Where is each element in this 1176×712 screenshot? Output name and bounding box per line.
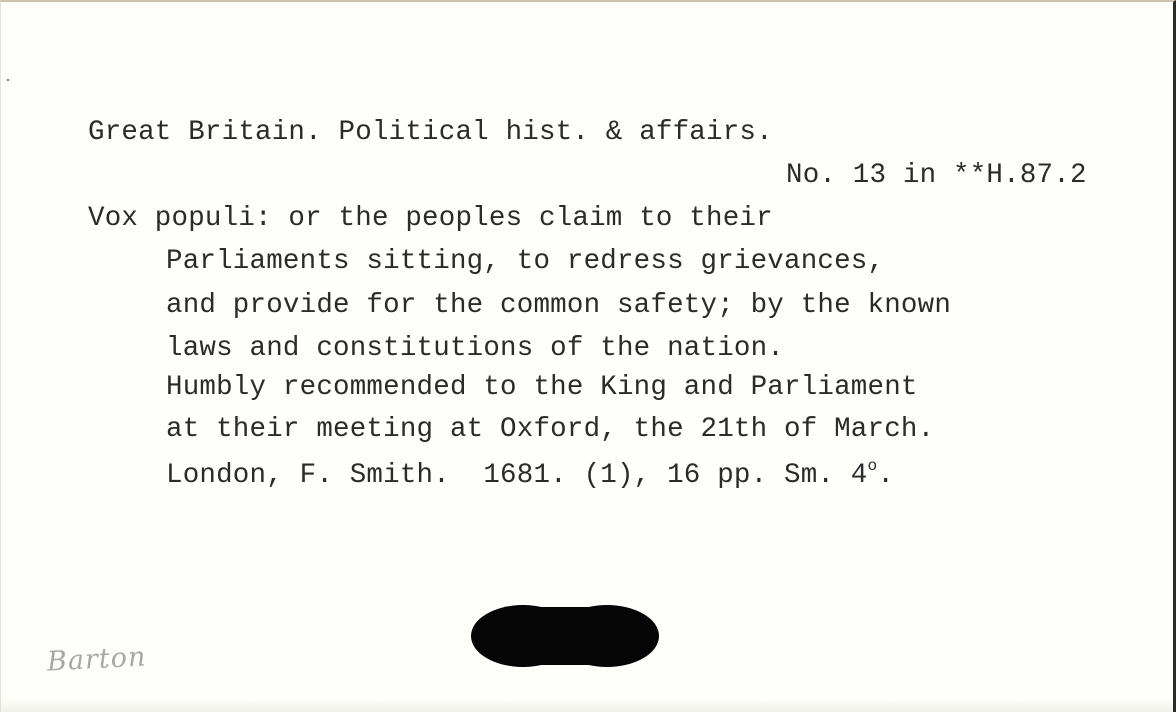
imprint-end: . bbox=[877, 460, 894, 491]
call-number: No. 13 in **H.87.2 bbox=[786, 162, 1087, 190]
imprint-superscript: o bbox=[868, 457, 878, 475]
paper-speck bbox=[7, 79, 9, 81]
imprint-line: London, F. Smith. 1681. (1), 16 pp. Sm. … bbox=[166, 458, 894, 490]
punch-hole bbox=[471, 605, 659, 667]
title-line: laws and constitutions of the nation. bbox=[166, 335, 784, 363]
handwritten-note: Barton bbox=[46, 641, 147, 677]
title-line: Vox populi: or the peoples claim to thei… bbox=[88, 205, 773, 233]
title-line: Parliaments sitting, to redress grievanc… bbox=[166, 248, 884, 276]
title-line: at their meeting at Oxford, the 21th of … bbox=[166, 416, 934, 444]
catalog-card: Great Britain. Political hist. & affairs… bbox=[0, 0, 1176, 712]
imprint-text: London, F. Smith. 1681. (1), 16 pp. Sm. … bbox=[166, 460, 868, 491]
subject-heading: Great Britain. Political hist. & affairs… bbox=[88, 119, 773, 147]
title-line: Humbly recommended to the King and Parli… bbox=[166, 374, 918, 402]
title-line: and provide for the common safety; by th… bbox=[166, 292, 951, 320]
